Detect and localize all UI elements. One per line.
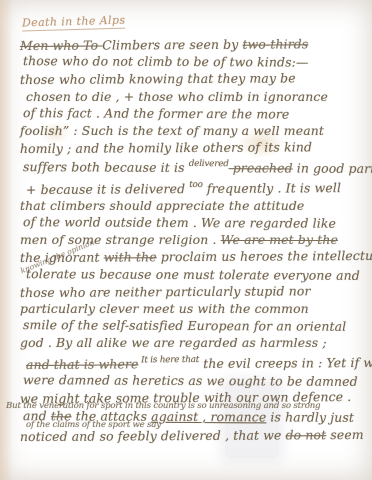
handwritten-text: noticed and so feebly delivered , that w… bbox=[20, 428, 286, 445]
inserted-text: delivered bbox=[189, 159, 229, 169]
handwritten-text: those who are neither particularly stupi… bbox=[20, 283, 311, 300]
handwritten-text: those who do not climb to be of two kind… bbox=[23, 53, 309, 69]
struck-text: preached bbox=[229, 161, 293, 176]
handwritten-text: smile of the self-satisfied European for… bbox=[23, 317, 346, 334]
inserted-text: too bbox=[189, 180, 203, 190]
manuscript-line: suffers both because it is delivered pre… bbox=[23, 156, 366, 178]
handwritten-text: homily ; and the homily like others of i… bbox=[20, 139, 312, 156]
handwritten-text: foolish” : Such is the text of many a we… bbox=[20, 123, 324, 138]
manuscript-line: that climbers should appreciate the atti… bbox=[20, 197, 366, 214]
manuscript-line: noticed and so feebly delivered , that w… bbox=[20, 426, 366, 445]
handwritten-text: men of some strange religion . bbox=[20, 232, 221, 247]
handwritten-text: chosen to die , + those who climb in ign… bbox=[26, 89, 328, 104]
manuscript-line: smile of the self-satisfied European for… bbox=[23, 316, 366, 335]
manuscript-line: of the world outside them . We are regar… bbox=[23, 213, 366, 232]
struck-text: Men who To bbox=[20, 38, 102, 54]
manuscript-line: god . By all alike we are regarded as ha… bbox=[20, 334, 366, 351]
manuscript-line: of this fact . And the former are the mo… bbox=[23, 104, 366, 123]
handwritten-text: of this fact . And the former are the mo… bbox=[23, 105, 290, 121]
manuscript-line: foolish” : Such is the text of many a we… bbox=[20, 122, 366, 139]
handwritten-text: + because it is delivered bbox=[26, 181, 189, 197]
handwritten-text: the ignorant bbox=[20, 250, 104, 266]
manuscript-body: knowing the opinion Men who To Climbers … bbox=[20, 36, 366, 445]
handwritten-text: that climbers should appreciate the atti… bbox=[20, 198, 304, 213]
struck-text: We are met by the bbox=[221, 232, 338, 247]
handwritten-text: of the world outside them . We are regar… bbox=[23, 214, 336, 231]
handwritten-text: god . By all alike we are regarded as ha… bbox=[20, 335, 327, 350]
inserted-text: It is here that bbox=[138, 355, 199, 365]
handwritten-text: were damned as heretics as we ought to b… bbox=[23, 372, 358, 389]
manuscript-line: + because it is delivered too frequently… bbox=[26, 176, 366, 198]
struck-text: do not bbox=[286, 428, 327, 443]
handwritten-text: frequently . It is well bbox=[203, 180, 341, 196]
handwritten-text: seem bbox=[326, 427, 364, 442]
manuscript-line: and that is where It is here that the ev… bbox=[26, 351, 366, 373]
handwritten-text: Climbers are seen by bbox=[102, 37, 242, 53]
manuscript-page: Death in the Alps knowing the opinion Me… bbox=[0, 0, 372, 480]
manuscript-line: were damned as heretics as we ought to b… bbox=[23, 371, 366, 390]
manuscript-line: the ignorant with the proclaim us heroes… bbox=[20, 247, 366, 266]
page-title: Death in the Alps bbox=[22, 14, 126, 32]
handwritten-text: tolerate us because one must tolerate ev… bbox=[26, 266, 360, 283]
struck-text: with the bbox=[104, 250, 157, 265]
handwritten-text: suffers both because it is bbox=[23, 160, 189, 176]
manuscript-line: those who climb knowing that they may be bbox=[20, 69, 366, 88]
struck-text: two-thirds bbox=[242, 36, 308, 51]
handwritten-text: those who climb knowing that they may be bbox=[20, 71, 296, 88]
manuscript-line: those who are neither particularly stupi… bbox=[20, 282, 366, 301]
struck-text: and that is where bbox=[26, 356, 139, 372]
handwritten-text: particularly clever meet us with the com… bbox=[20, 301, 309, 316]
handwritten-text: proclaim us heroes the intellectual bbox=[157, 248, 372, 264]
manuscript-line: tolerate us because one must tolerate ev… bbox=[26, 265, 366, 284]
handwritten-text: in good part bbox=[293, 161, 372, 176]
handwritten-text: the evil creeps in : Yet if we bbox=[199, 355, 372, 371]
manuscript-line: particularly clever meet us with the com… bbox=[20, 300, 366, 317]
manuscript-line: chosen to die , + those who climb in ign… bbox=[26, 88, 366, 105]
